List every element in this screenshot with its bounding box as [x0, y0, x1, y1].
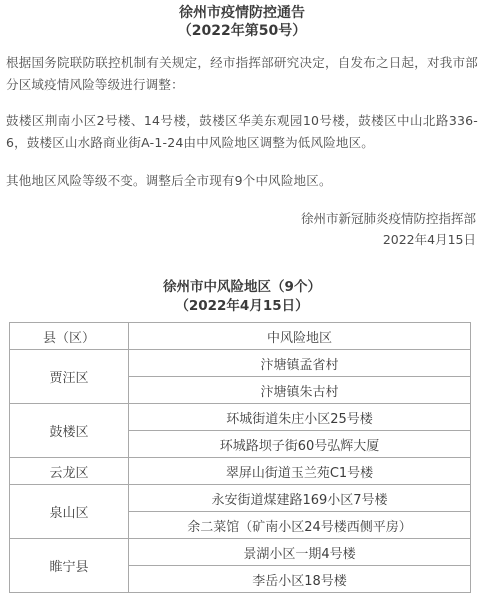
table-row: 睢宁县景湖小区一期4号楼: [10, 539, 471, 566]
area-cell: 景湖小区一期4号楼: [129, 539, 471, 566]
area-cell: 余二菜馆（矿南小区24号楼西侧平房）: [129, 512, 471, 539]
area-cell: 永安街道煤建路169小区7号楼: [129, 485, 471, 512]
issuer-name: 徐州市新冠肺炎疫情防控指挥部: [6, 208, 476, 229]
risk-table-title: 徐州市中风险地区（9个）: [6, 278, 478, 297]
signature-block: 徐州市新冠肺炎疫情防控指挥部 2022年4月15日: [6, 208, 478, 250]
medium-risk-area-table: 县（区） 中风险地区 贾汪区汴塘镇孟省村汴塘镇朱古村鼓楼区环城街道朱庄小区25号…: [9, 322, 471, 593]
area-column-header: 中风险地区: [129, 323, 471, 350]
table-row: 泉山区永安街道煤建路169小区7号楼: [10, 485, 471, 512]
area-cell: 环城街道朱庄小区25号楼: [129, 404, 471, 431]
district-cell: 泉山区: [10, 485, 129, 539]
table-row: 云龙区翠屏山街道玉兰苑C1号楼: [10, 458, 471, 485]
district-cell: 贾汪区: [10, 350, 129, 404]
risk-table-body: 贾汪区汴塘镇孟省村汴塘镇朱古村鼓楼区环城街道朱庄小区25号楼环城路坝子街60号弘…: [10, 350, 471, 593]
area-cell: 翠屏山街道玉兰苑C1号楼: [129, 458, 471, 485]
notice-paragraph-basis: 根据国务院联防联控机制有关规定，经市指挥部研究决定，自发布之日起，对我市部分区域…: [6, 52, 478, 96]
district-cell: 云龙区: [10, 458, 129, 485]
document-header: 徐州市疫情防控通告 （2022年第50号）: [6, 4, 478, 40]
district-cell: 睢宁县: [10, 539, 129, 593]
table-row: 贾汪区汴塘镇孟省村: [10, 350, 471, 377]
notice-title: 徐州市疫情防控通告: [6, 4, 478, 22]
area-cell: 汴塘镇孟省村: [129, 350, 471, 377]
area-cell: 汴塘镇朱古村: [129, 377, 471, 404]
area-cell: 李岳小区18号楼: [129, 566, 471, 593]
issue-date: 2022年4月15日: [6, 229, 476, 250]
notice-paragraph-summary: 其他地区风险等级不变。调整后全市现有9个中风险地区。: [6, 170, 478, 192]
risk-table-date: （2022年4月15日）: [6, 297, 478, 316]
table-header-row: 县（区） 中风险地区: [10, 323, 471, 350]
table-row: 鼓楼区环城街道朱庄小区25号楼: [10, 404, 471, 431]
notice-number: （2022年第50号）: [6, 22, 478, 40]
notice-document: 徐州市疫情防控通告 （2022年第50号） 根据国务院联防联控机制有关规定，经市…: [0, 0, 486, 600]
district-column-header: 县（区）: [10, 323, 129, 350]
area-cell: 环城路坝子街60号弘辉大厦: [129, 431, 471, 458]
risk-table-heading: 徐州市中风险地区（9个） （2022年4月15日）: [6, 278, 478, 316]
notice-paragraph-adjustment: 鼓楼区荆南小区2号楼、14号楼，鼓楼区华美东观园10号楼，鼓楼区中山北路336-…: [6, 110, 478, 154]
district-cell: 鼓楼区: [10, 404, 129, 458]
